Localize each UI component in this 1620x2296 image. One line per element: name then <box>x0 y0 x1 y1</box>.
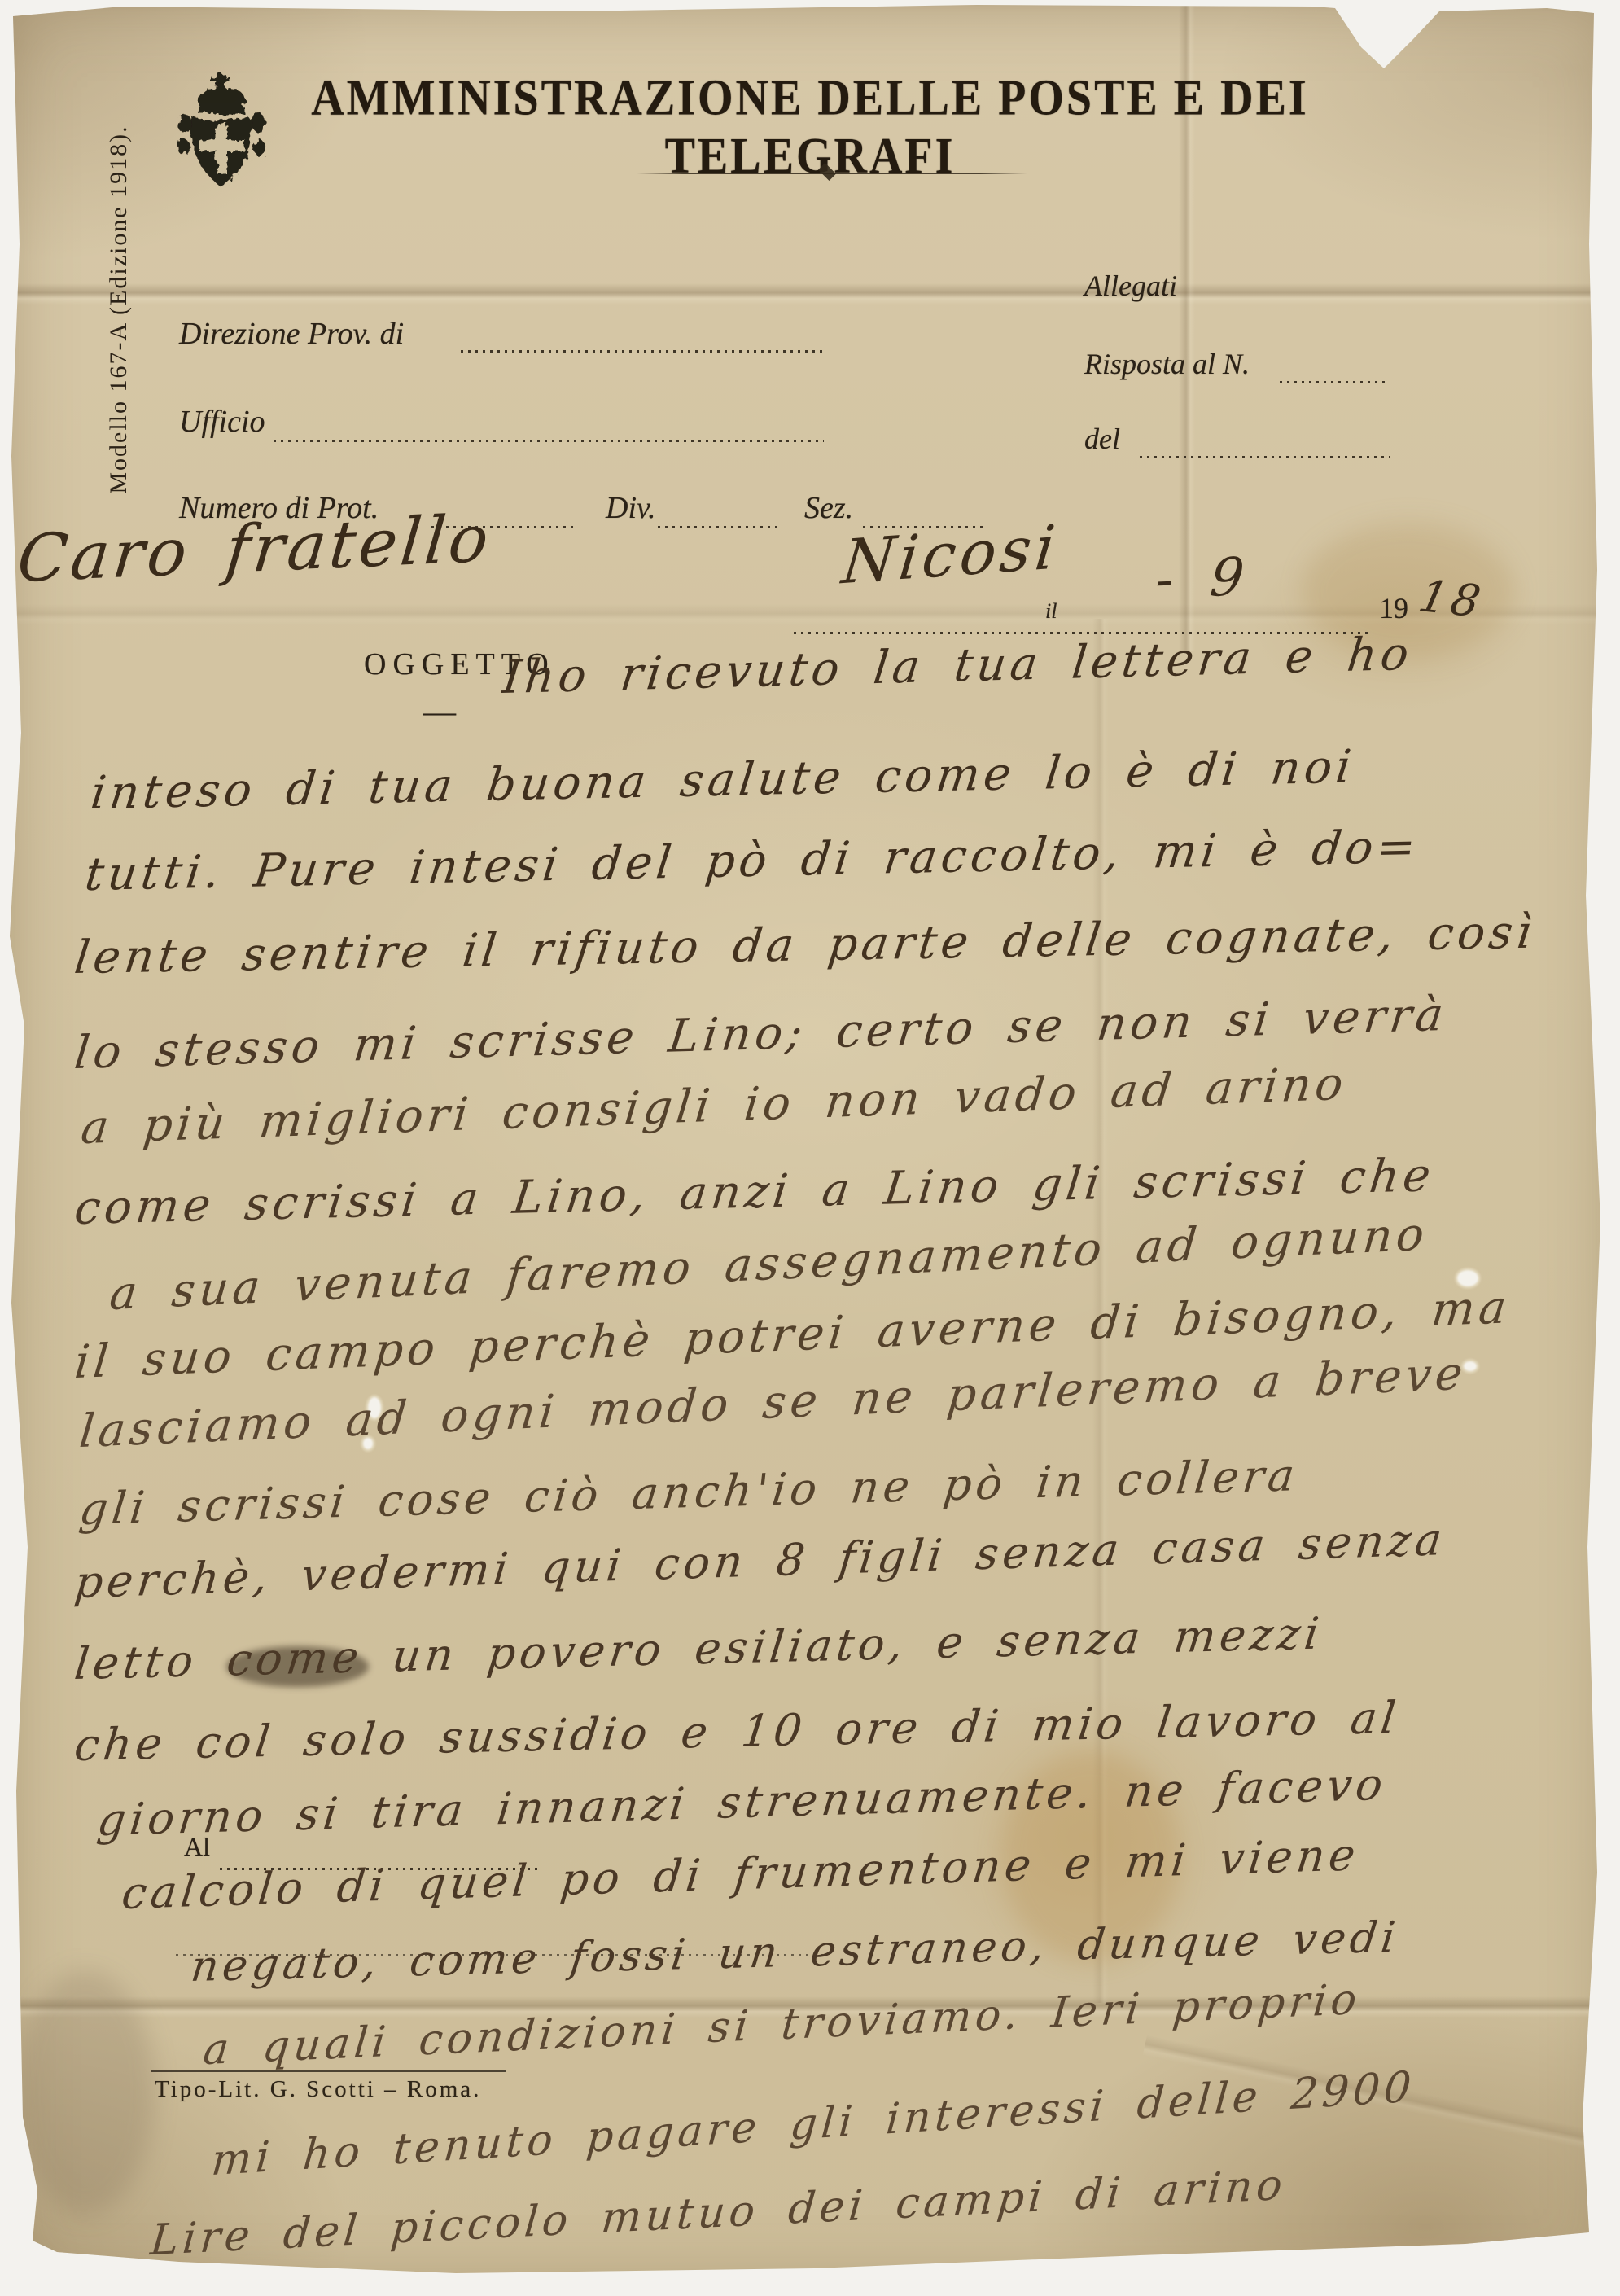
field-line-del <box>1140 456 1390 458</box>
paper-stain <box>16 1970 155 2215</box>
handwritten-line: negato, come fossi un estraneo, dunque v… <box>189 1913 1402 1991</box>
handwritten-day: - 9 <box>1153 547 1250 611</box>
handwritten-salutation: Caro fratello <box>14 500 495 597</box>
letter-paper: Modello 167-A (Edizione 1918). <box>0 0 1620 2296</box>
scanned-letter-canvas: Modello 167-A (Edizione 1918). <box>0 0 1620 2296</box>
field-line-risposta <box>1280 381 1390 383</box>
printer-imprint: Tipo-Lit. G. Scotti – Roma. <box>155 2076 481 2103</box>
handwritten-line: che col solo sussidio e 10 ore di mio la… <box>72 1692 1402 1771</box>
date-year-printed: 19 <box>1379 591 1408 625</box>
handwritten-line: calcolo di quel po di frumentone e mi vi… <box>120 1829 1362 1919</box>
coat-of-arms-stamp <box>173 72 271 200</box>
field-label-div: Div. <box>606 490 656 526</box>
field-line-direzione <box>461 350 824 353</box>
letterhead-title: AMMINISTRAZIONE DELLE POSTE E DEI TELEGR… <box>269 68 1351 185</box>
field-label-allegati: Allegati <box>1084 269 1177 303</box>
handwritten-line: lente sentire il rifiuto da parte delle … <box>72 906 1539 984</box>
field-label-direzione: Direzione Prov. di <box>179 316 404 352</box>
field-line-ufficio <box>274 440 824 442</box>
handwritten-line: letto come un povero esiliato, e senza m… <box>72 1607 1325 1689</box>
field-label-sez: Sez. <box>804 490 853 526</box>
field-line-div <box>658 526 777 528</box>
handwritten-year: 18 <box>1414 571 1488 628</box>
handwritten-line: giorno si tira innanzi strenuamente. ne … <box>94 1759 1389 1846</box>
handwritten-line: gli scrissi cose ciò anch'io ne pò in co… <box>77 1449 1301 1535</box>
fold-crease-top <box>0 283 1620 305</box>
handwritten-line: inteso di tua buona salute come lo è di … <box>88 740 1358 820</box>
handwritten-place: Nicosi <box>838 512 1062 598</box>
model-edition-label: Modello 167-A (Edizione 1918). <box>105 125 133 493</box>
field-label-ufficio: Ufficio <box>179 404 265 440</box>
field-label-risposta: Risposta al N. <box>1084 347 1250 381</box>
date-il-label: il <box>1045 599 1057 624</box>
field-label-del: del <box>1084 422 1120 456</box>
handwritten-line: Iho ricevuto la tua lettera e ho <box>500 628 1415 704</box>
handwritten-line: tutti. Pure intesi del pò di raccolto, m… <box>82 821 1422 901</box>
oggetto-dash: — <box>423 692 456 730</box>
